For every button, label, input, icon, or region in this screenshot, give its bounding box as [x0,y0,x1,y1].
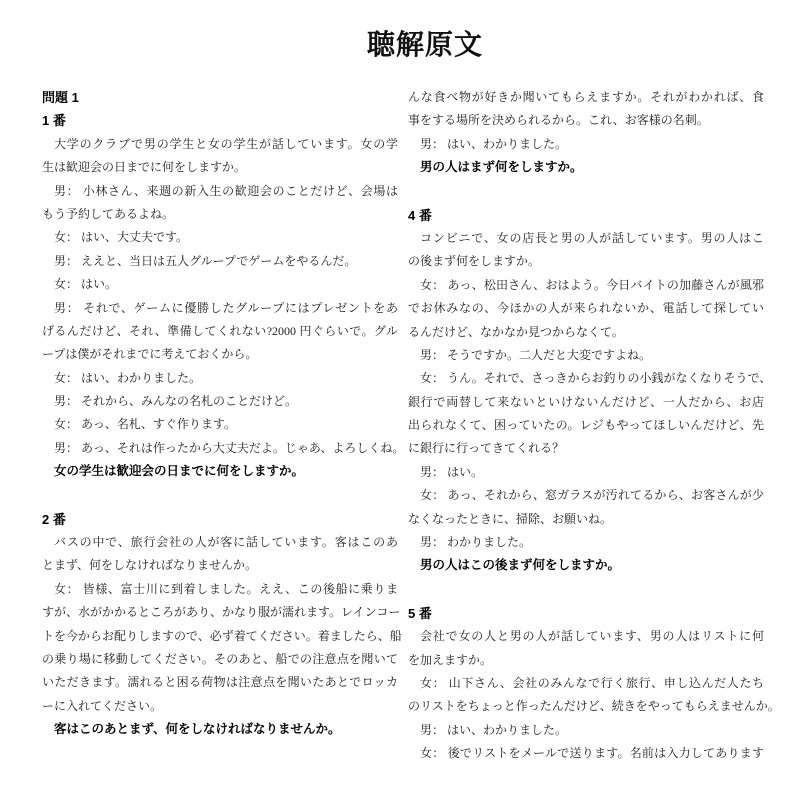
left-column: 問題 11 番大学のクラブで男の学生と女の学生が話しています。女の学生は歓迎会の… [42,86,398,766]
paragraph-block: 女： はい。 [42,273,398,296]
text-line: ープは僕がそれまでに考えておくから。 [42,343,398,366]
text-line: 大学のクラブで男の学生と女の学生が話しています。女の学 [42,133,398,156]
text-line: トを今からお配りしますので、必ず着てください。着ましたら、船 [42,625,398,648]
text-line: でお休みなの、今ほかの人が来られないか、電話して探してい [408,297,764,320]
text-line: 男： あっ、それは作ったから大丈夫だよ。じゃあ、よろしくね。 [42,437,398,460]
paragraph-block: 男： はい。 [408,461,764,484]
text-line: に銀行に行ってきてくれる？ [408,437,764,460]
text-line: バスの中で、旅行会社の人が客に話しています。客はこのあ [42,531,398,554]
text-line: 銀行で両替して来ないといけないんだけど、一人だから、お店 [408,391,764,414]
paragraph-block: 女： あっ、名札、すぐ作ります。 [42,413,398,436]
section-heading: 2 番 [42,508,398,531]
question-block: 男の人はこの後まず何をしますか。 [408,554,764,577]
text-line: 出られなくて、困っていたの。レジもやってほしいんだけど、先 [408,414,764,437]
paragraph-block: 男： ええと、当日は五人グループでゲームをやるんだ。 [42,250,398,273]
text-line: いただきます。濡れると困る荷物は注意点を聞いたあとでロッカ [42,671,398,694]
paragraph-block: 女： あっ、松田さん、おはよう。今日バイトの加藤さんが風邪でお休みなの、今ほかの… [408,274,764,344]
paragraph-block: 男： そうですか。二人だと大変ですよね。 [408,344,764,367]
text-line: 男： はい、わかりました。 [408,133,764,156]
paragraph-block: 男： あっ、それは作ったから大丈夫だよ。じゃあ、よろしくね。 [42,437,398,460]
paragraph-block: 男： 小林さん、来週の新入生の歓迎会のことだけど、会場はもう予約してあるよね。 [42,180,398,227]
text-line: 男： それで、ゲームに優勝したグループにはプレゼントをあ [42,297,398,320]
text-line: コンビニで、女の店長と男の人が話しています。男の人はこ [408,227,764,250]
paragraph-block: 女： はい、大丈夫です。 [42,226,398,249]
heading-block: 2 番 [42,508,398,531]
question-block: 女の学生は歓迎会の日までに何をしますか。 [42,460,398,483]
text-line: 女： うん。それで、さっきからお釣りの小銭がなくなりそうで、 [408,367,764,390]
text-line: なくなったときに、掃除、お願いね。 [408,508,764,531]
text-line: もう予約してあるよね。 [42,203,398,226]
text-line: 男： はい。 [408,461,764,484]
two-column-layout: 問題 11 番大学のクラブで男の学生と女の学生が話しています。女の学生は歓迎会の… [42,86,768,766]
text-line: 女： 皆様、富士川に到着しました。ええ、この後船に乗りま [42,578,398,601]
text-line: 男： そうですか。二人だと大変ですよね。 [408,344,764,367]
text-line: 男： それから、みんなの名札のことだけど。 [42,390,398,413]
text-line: げるんだけど、それ、準備してくれない?2000 円ぐらいで。グル [42,320,398,343]
paragraph-block: 男： はい、わかりました。 [408,719,764,742]
paragraph-block: 女： うん。それで、さっきからお釣りの小銭がなくなりそうで、銀行で両替して来ない… [408,367,764,461]
text-line: 女： 山下さん、会社のみんなで行く旅行、申し込んだ人たち [408,672,764,695]
text-line: 男： ええと、当日は五人グループでゲームをやるんだ。 [42,250,398,273]
text-line: 女： はい、大丈夫です。 [42,226,398,249]
document-page: 聴解原文 問題 11 番大学のクラブで男の学生と女の学生が話しています。女の学生… [0,0,800,800]
paragraph-block: 女： 皆様、富士川に到着しました。ええ、この後船に乗りますが、水がかかるところが… [42,578,398,718]
right-column: んな食べ物が好きか聞いてもらえますか。それがわかれば、食事をする場所を決められる… [408,86,764,766]
text-line: 男： わかりました。 [408,531,764,554]
text-line: 女： あっ、名札、すぐ作ります。 [42,413,398,436]
text-line: 男： はい、わかりました。 [408,719,764,742]
text-line: 女： 後でリストをメールで送ります。名前は入力してあります [408,742,764,765]
paragraph-block: 女： 後でリストをメールで送ります。名前は入力してあります [408,742,764,765]
text-line: の後まず何をしますか。 [408,250,764,273]
text-line: とまず、何をしなければなりませんか。 [42,554,398,577]
text-line: の乗り場に移動してください。そのあと、船での注意点を聞いて [42,648,398,671]
text-line: るんだけど、なかなか見つからなくて。 [408,321,764,344]
heading-block: 4 番 [408,204,764,227]
section-heading: 1 番 [42,109,398,132]
continued-paragraph-block: んな食べ物が好きか聞いてもらえますか。それがわかれば、食事をする場所を決められる… [408,86,764,133]
section-heading: 5 番 [408,602,764,625]
question-line: 客はこのあとまず、何をしなければなりませんか。 [42,718,398,741]
heading-block: 1 番 [42,109,398,132]
paragraph-block: 男： はい、わかりました。 [408,133,764,156]
section-heading: 問題 1 [42,86,398,109]
heading-block: 5 番 [408,602,764,625]
paragraph-block: コンビニで、女の店長と男の人が話しています。男の人はこの後まず何をしますか。 [408,227,764,274]
question-line: 男の人はこの後まず何をしますか。 [408,554,764,577]
heading-block: 問題 1 [42,86,398,109]
question-line: 女の学生は歓迎会の日までに何をしますか。 [42,460,398,483]
paragraph-block: 男： わかりました。 [408,531,764,554]
text-line: のリストをちょっと作ったんだけど、続きをやってもらえませんか。 [408,695,764,718]
text-line: 会社で女の人と男の人が話しています、男の人はリストに何 [408,625,764,648]
paragraph-block: 男： それで、ゲームに優勝したグループにはプレゼントをあげるんだけど、それ、準備… [42,297,398,367]
text-line: 女： あっ、松田さん、おはよう。今日バイトの加藤さんが風邪 [408,274,764,297]
paragraph-block: 女： はい、わかりました。 [42,367,398,390]
paragraph-block: 大学のクラブで男の学生と女の学生が話しています。女の学生は歓迎会の日までに何をし… [42,133,398,180]
paragraph-block: バスの中で、旅行会社の人が客に話しています。客はこのあとまず、何をしなければなり… [42,531,398,578]
text-line: 女： あっ、それから、窓ガラスが汚れてるから、お客さんが少 [408,484,764,507]
text-line: すが、水がかかるところがあり、かなり服が濡れます。レインコー [42,601,398,624]
question-block: 男の人はまず何をしますか。 [408,156,764,179]
paragraph-block: 女： 山下さん、会社のみんなで行く旅行、申し込んだ人たちのリストをちょっと作った… [408,672,764,719]
paragraph-block: 女： あっ、それから、窓ガラスが汚れてるから、お客さんが少なくなったときに、掃除… [408,484,764,531]
text-line: 女： はい、わかりました。 [42,367,398,390]
paragraph-block: 会社で女の人と男の人が話しています、男の人はリストに何を加えますか。 [408,625,764,672]
text-line: 男： 小林さん、来週の新入生の歓迎会のことだけど、会場は [42,180,398,203]
paragraph-block: 男： それから、みんなの名札のことだけど。 [42,390,398,413]
text-line: んな食べ物が好きか聞いてもらえますか。それがわかれば、食 [408,86,764,109]
question-line: 男の人はまず何をしますか。 [408,156,764,179]
text-line: 女： はい。 [42,273,398,296]
document-title: 聴解原文 [42,28,768,62]
text-line: ーに入れてください。 [42,695,398,718]
text-line: 事をする場所を決められるから。これ、お客様の名刺。 [408,109,764,132]
section-heading: 4 番 [408,204,764,227]
text-line: を加えますか。 [408,649,764,672]
question-block: 客はこのあとまず、何をしなければなりませんか。 [42,718,398,741]
text-line: 生は歓迎会の日までに何をしますか。 [42,156,398,179]
